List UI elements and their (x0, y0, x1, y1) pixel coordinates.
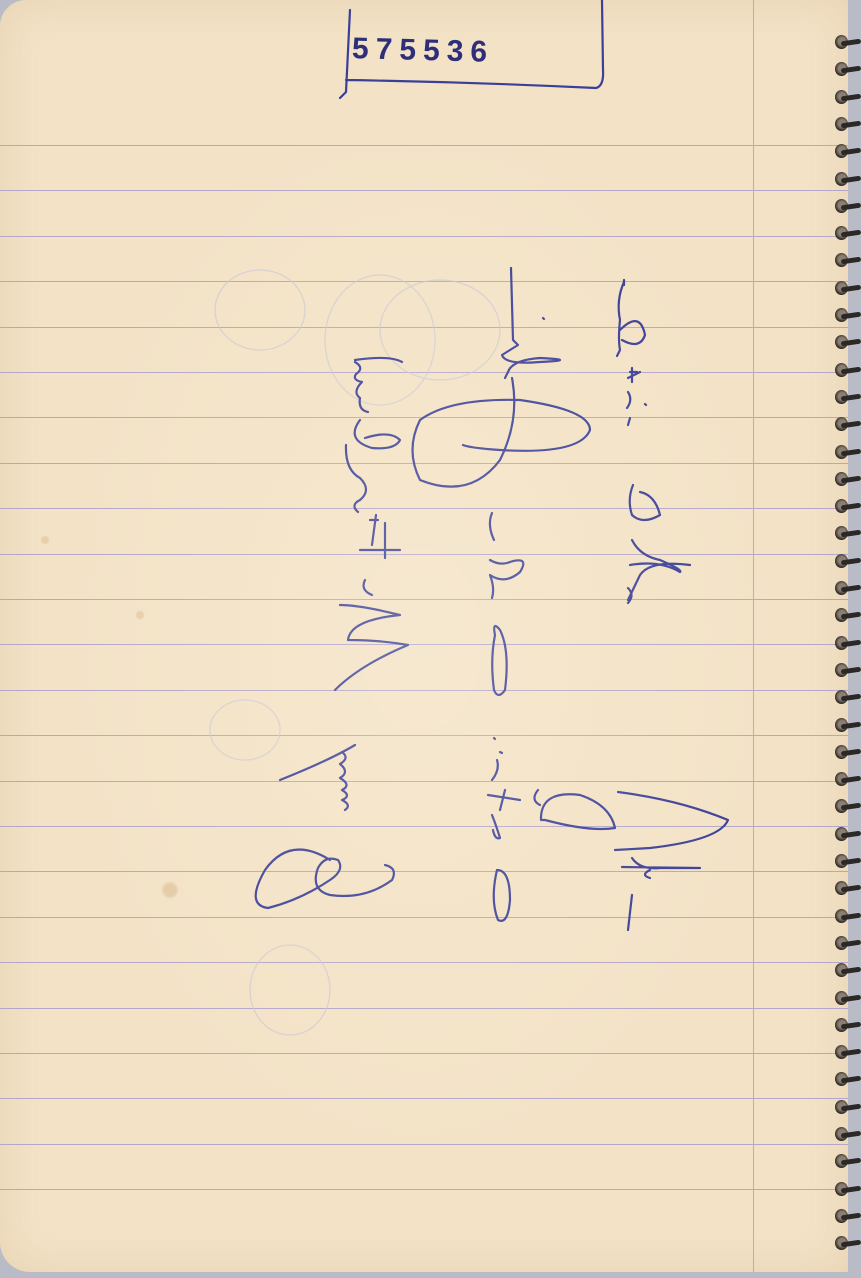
spiral-coil (835, 718, 861, 732)
spiral-coil (835, 963, 861, 977)
spiral-binding (821, 0, 861, 1278)
coil-wire (841, 776, 861, 784)
coil-wire (841, 503, 861, 511)
spiral-coil (835, 745, 861, 759)
spiral-coil (835, 226, 861, 240)
coil-wire (841, 421, 861, 429)
spiral-coil (835, 772, 861, 786)
coil-wire (841, 148, 861, 156)
spiral-coil (835, 581, 861, 595)
spiral-coil (835, 62, 861, 76)
spiral-coil (835, 636, 861, 650)
spiral-coil (835, 690, 861, 704)
notebook-page: 575536 (0, 0, 848, 1272)
coil-wire (841, 803, 861, 811)
coil-wire (841, 257, 861, 265)
spiral-coil (835, 144, 861, 158)
coil-wire (841, 885, 861, 893)
spiral-coil (835, 499, 861, 513)
spiral-coil (835, 308, 861, 322)
spiral-coil (835, 1236, 861, 1250)
coil-wire (841, 66, 861, 74)
spiral-coil (835, 172, 861, 186)
spiral-coil (835, 281, 861, 295)
spiral-coil (835, 909, 861, 923)
spiral-coil (835, 936, 861, 950)
spiral-coil (835, 1154, 861, 1168)
spiral-coil (835, 608, 861, 622)
coil-wire (841, 1240, 861, 1248)
spiral-coil (835, 199, 861, 213)
spiral-coil (835, 335, 861, 349)
coil-wire (841, 1076, 861, 1084)
coil-wire (841, 694, 861, 702)
spiral-coil (835, 472, 861, 486)
spiral-coil (835, 526, 861, 540)
spiral-coil (835, 253, 861, 267)
spiral-coil (835, 1018, 861, 1032)
coil-wire (841, 530, 861, 538)
spiral-coil (835, 799, 861, 813)
number-box-outline (340, 0, 603, 98)
spiral-coil (835, 1072, 861, 1086)
spiral-coil (835, 663, 861, 677)
spiral-coil (835, 854, 861, 868)
spiral-coil (835, 1182, 861, 1196)
spiral-coil (835, 827, 861, 841)
spiral-coil (835, 881, 861, 895)
spiral-coil (835, 991, 861, 1005)
coil-wire (841, 967, 861, 975)
coil-wire (841, 612, 861, 620)
spiral-coil (835, 35, 861, 49)
spiral-coil (835, 1209, 861, 1223)
spiral-coil (835, 1045, 861, 1059)
spiral-coil (835, 390, 861, 404)
spiral-coil (835, 117, 861, 131)
spiral-coil (835, 90, 861, 104)
spiral-coil (835, 554, 861, 568)
coil-wire (841, 230, 861, 238)
spiral-coil (835, 1127, 861, 1141)
coil-wire (841, 339, 861, 347)
coil-wire (841, 1158, 861, 1166)
spiral-coil (835, 445, 861, 459)
spiral-coil (835, 1100, 861, 1114)
spiral-coil (835, 417, 861, 431)
handwriting-ink (0, 0, 848, 1272)
spiral-coil (835, 363, 861, 377)
coil-wire (841, 1049, 861, 1057)
